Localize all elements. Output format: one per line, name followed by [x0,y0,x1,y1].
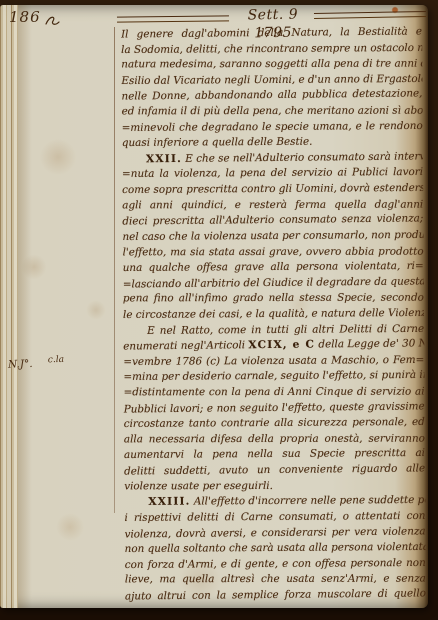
header-rule-left [117,15,229,22]
line-text: =mina per desiderio carnale, seguito l'e… [123,369,424,383]
manuscript-page: 186 Sett. 9 1795 N.J°. c.la Il genere da… [0,5,428,608]
manuscript-line: come sopra prescritta contro gli Uomini,… [122,181,423,199]
manuscript-line: ed infamia il di più della pena, che mer… [122,104,423,120]
line-text: Esilio dal Vicariato negli Uomini, e d'u… [121,73,422,87]
line-text: nel caso che la violenza usata per consu… [122,229,423,243]
photo-backdrop: 186 Sett. 9 1795 N.J°. c.la Il genere da… [0,0,438,620]
line-text: Pubblici lavori; e non seguito l'effetto… [124,400,425,415]
manuscript-line: =mina per desiderio carnale, seguito l'e… [123,368,424,386]
manuscript-line: =distintamente con la pena di Anni Cinqu… [124,385,425,401]
line-text: aumentarvi la pena nella sua Specie pres… [124,447,425,461]
margin-note-sub: c.la [48,354,65,368]
line-text: enumerati negl'Articoli [123,339,248,352]
manuscript-line: violenza, dovrà aversi, e considerarsi p… [124,524,425,543]
page-number: 186 [9,8,41,26]
line-text: =nuta la violenza, la pena del servizio … [122,166,423,180]
manuscript-line: delitti suddetti, avuto un conveniente r… [124,461,425,480]
line-text: violenze usate per eseguirli. [124,480,273,492]
manuscript-line: Pubblici lavori; e non seguito l'effetto… [124,399,425,418]
manuscript-line: Il genere dagl'abomini della Natura, la … [121,24,422,43]
margin-rule-line [114,27,115,513]
manuscript-line: violenze usate per eseguirli. [124,478,425,494]
line-text: agli anni quindici, e resterà ferma quel… [122,198,423,211]
margin-note-ref: N.J°. [8,358,33,371]
line-text: i rispettivi delitti di Carne consumati,… [124,510,425,524]
manuscript-line: =minevoli che degradano le specie umana,… [122,119,423,137]
line-text: come sopra prescritta contro gli Uomini,… [122,182,423,196]
manuscript-line: alla necessaria difesa della propria one… [124,431,425,447]
book-page-edges [0,5,18,608]
line-text: E che se nell'Adulterio consumato sarà i… [182,150,423,165]
manuscript-line: pena fino all'infimo grado nella stessa … [123,291,424,307]
line-text: =minevoli che degradano le specie umana,… [122,120,423,134]
line-text: l'effetto, ma sia stata assai grave, ovv… [123,245,424,258]
margin-note: N.J°. c.la [8,355,108,372]
line-text: =vembre 1786 (c) La violenza usata a Mas… [123,354,424,368]
line-text: delitti suddetti, avuto un conveniente r… [124,462,425,477]
line-text: quasi inferiore a quella delle Bestie. [122,136,313,149]
line-text: ajuto altrui con la semplice forza musco… [125,587,426,602]
line-text: la Sodomia, delitti, che rincontrano sem… [121,41,422,55]
line-text: non quella soltanto che sarà usata alla … [125,541,426,555]
line-text: All'effetto d'incorrere nelle pene sudde… [190,494,425,508]
line-text: pena fino all'infimo grado nella stessa … [123,292,424,305]
binding-gutter-shadow [18,5,32,608]
line-text: circostanze tanto contrarie alla sicurez… [124,416,425,430]
line-text: nelle Donne, abbandonando alla pubblica … [121,88,422,103]
line-text: dieci prescritta all'Adulterio consumato… [122,213,423,228]
manuscript-line: con forza d'Armi, e di gente, e con offe… [125,556,426,574]
section-number: XXIII. [148,496,190,508]
line-text: =lasciando all'arbitrio del Giudice il d… [123,275,424,290]
manuscript-line: circostanze tanto contrarie alla sicurez… [124,415,425,433]
line-text: E nel Ratto, come in tutti gli altri Del… [147,322,424,336]
line-text: della Legge de' 30 No= [315,337,424,350]
manuscript-line: nel caso che la violenza usata per consu… [122,228,423,246]
header-rule-right [314,11,426,19]
manuscript-line: XXII. E che se nell'Adulterio consumato … [122,149,423,168]
line-text: alla necessaria difesa della propria one… [124,432,425,445]
line-text: le circostanze dei casi, e la qualità, e… [123,307,424,321]
manuscript-line: l'effetto, ma sia stata assai grave, ovv… [123,244,424,260]
flourish-icon [44,13,62,29]
line-text: Il genere dagl'abomini della Natura, la … [121,25,422,40]
section-number: XCIX, e C [248,339,315,352]
line-text: natura medesima, saranno soggetti alla p… [121,58,422,71]
line-text: ed infamia il di più della pena, che mer… [122,105,423,118]
manuscript-line: la Sodomia, delitti, che rincontrano sem… [121,41,422,59]
line-text: una qualche offesa grave alla persona vi… [123,260,424,274]
text-column: Il genere dagl'abomini della Natura, la … [121,25,426,605]
manuscript-line: lieve, ma quella altresì che usata senz'… [125,572,426,588]
manuscript-line: natura medesima, saranno soggetti alla p… [121,57,422,73]
line-text: con forza d'Armi, e di gente, e con offe… [125,557,426,571]
manuscript-line: ajuto altrui con la semplice forza musco… [125,586,426,605]
line-text: violenza, dovrà aversi, e considerarsi p… [124,525,425,540]
manuscript-line: le circostanze dei casi, e la qualità, e… [123,306,424,324]
section-number: XXII. [146,153,182,165]
line-text: lieve, ma quella altresì che usata senz'… [125,573,426,586]
line-text: =distintamente con la pena di Anni Cinqu… [124,386,425,399]
